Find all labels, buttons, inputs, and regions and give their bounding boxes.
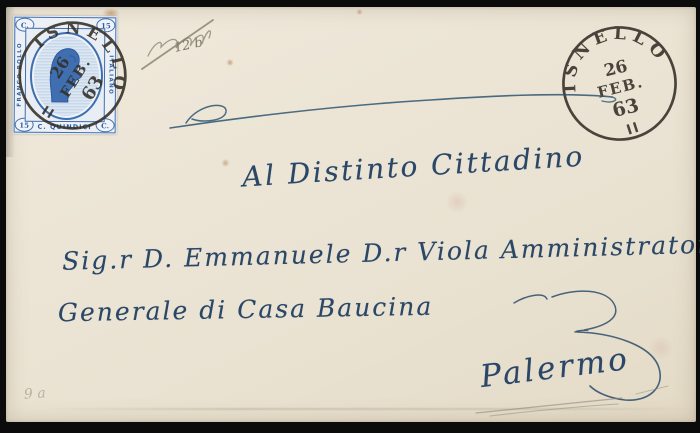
postmark-cds-isnello: ISNELLO 26 FEB. 63 xyxy=(550,14,689,153)
cds-date-slug: 26 FEB. 63 xyxy=(40,44,114,113)
cds-date-slug: 26 FEB. 63 xyxy=(590,52,651,124)
toning-spot xyxy=(356,9,363,15)
cds-bottom-bars-icon xyxy=(633,122,638,132)
cds-year: 63 xyxy=(610,94,641,122)
toning-spot xyxy=(444,192,470,212)
cds-bottom-bars-icon xyxy=(626,124,631,134)
cds-bottom-bars-icon xyxy=(47,109,54,118)
toning-spot xyxy=(646,337,676,359)
toning-spot xyxy=(221,159,230,167)
cds-bottom-bars-icon xyxy=(42,106,49,115)
scanned-postal-cover: C. 15 15 C. FRANCO BOLLO ITALIANO C. QUI… xyxy=(0,0,700,433)
toning-spot xyxy=(226,59,234,66)
pencil-corner-note: 9 a xyxy=(23,385,46,402)
postmark-cds-on-stamp: ISNELLO 26 FEB. 63 xyxy=(7,10,138,141)
